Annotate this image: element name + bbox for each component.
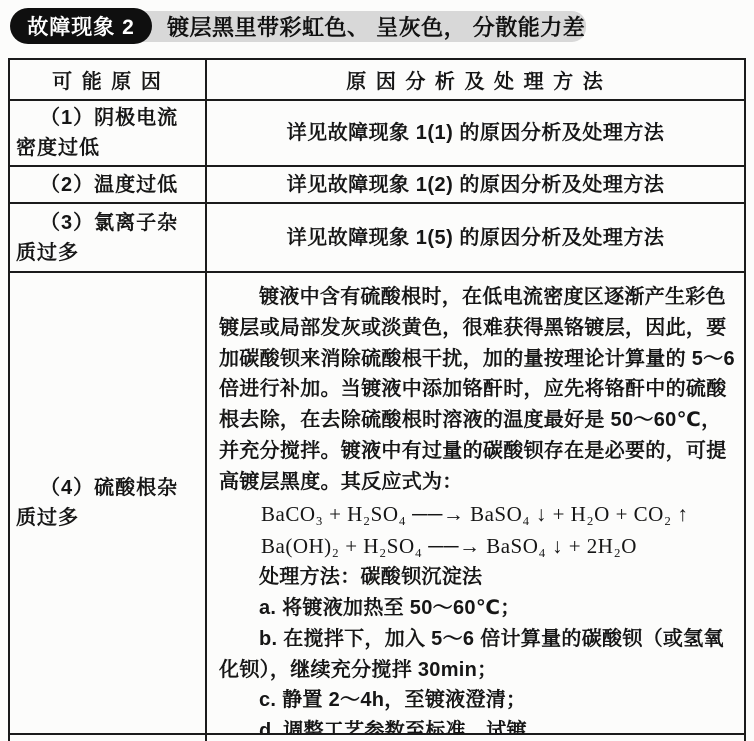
table-row-analysis: 详见故障现象 1(2) 的原因分析及处理方法 bbox=[207, 167, 744, 204]
treatment-step-b: b. 在搅拌下，加入 5～6 倍计算量的碳酸钡（或氢氧化钡），继续充分搅拌 30… bbox=[219, 624, 736, 686]
column-header-analysis: 原 因 分 析 及 处 理 方 法 bbox=[207, 60, 744, 101]
fault-header: 故障现象 2 镀层黑里带彩虹色、 呈灰色， 分散能力差 bbox=[0, 0, 754, 56]
chemical-equation-2: Ba(OH)₂ + H₂SO₄ ──→ BaSO₄ ↓ + 2H₂O bbox=[219, 530, 736, 562]
table-continuation-right bbox=[207, 735, 744, 741]
table-row-analysis: 详见故障现象 1(1) 的原因分析及处理方法 bbox=[207, 101, 744, 167]
table-row-analysis: 详见故障现象 1(5) 的原因分析及处理方法 bbox=[207, 204, 744, 273]
treatment-step-c: c. 静置 2～4h，至镀液澄清； bbox=[219, 685, 736, 716]
fault-title: 镀层黑里带彩虹色、 呈灰色， 分散能力差 bbox=[167, 11, 585, 42]
cause-text: （1）阴极电流密度过低 bbox=[16, 103, 197, 163]
treatment-step-d: d. 调整工艺参数至标准，试镀 bbox=[219, 716, 736, 735]
fault-number-badge: 故障现象 2 bbox=[10, 8, 152, 44]
treatment-step-a: a. 将镀液加热至 50～60℃； bbox=[219, 593, 736, 624]
column-header-cause: 可 能 原 因 bbox=[10, 60, 207, 101]
table-continuation-left bbox=[10, 735, 207, 741]
cause-text: （2）温度过低 bbox=[16, 170, 197, 200]
table-row-cause: （2）温度过低 bbox=[10, 167, 207, 204]
document-page: 故障现象 2 镀层黑里带彩虹色、 呈灰色， 分散能力差 可 能 原 因 原 因 … bbox=[0, 0, 754, 741]
table-row-cause: （3）氯离子杂质过多 bbox=[10, 204, 207, 273]
fault-table: 可 能 原 因 原 因 分 析 及 处 理 方 法 （1）阴极电流密度过低 详见… bbox=[8, 58, 746, 741]
table-row-analysis-detail: 镀液中含有硫酸根时，在低电流密度区逐渐产生彩色镀层或局部发灰或淡黄色，很难获得黑… bbox=[207, 273, 744, 735]
chemical-equation-1: BaCO₃ + H₂SO₄ ──→ BaSO₄ ↓ + H₂O + CO₂ ↑ bbox=[219, 498, 736, 530]
table-row-cause: （4）硫酸根杂质过多 bbox=[10, 273, 207, 735]
treatment-method-title: 处理方法：碳酸钡沉淀法 bbox=[219, 562, 736, 593]
table-row-cause: （1）阴极电流密度过低 bbox=[10, 101, 207, 167]
analysis-intro-paragraph: 镀液中含有硫酸根时，在低电流密度区逐渐产生彩色镀层或局部发灰或淡黄色，很难获得黑… bbox=[219, 282, 736, 498]
cause-text: （4）硫酸根杂质过多 bbox=[16, 473, 197, 533]
cause-text: （3）氯离子杂质过多 bbox=[16, 208, 197, 268]
